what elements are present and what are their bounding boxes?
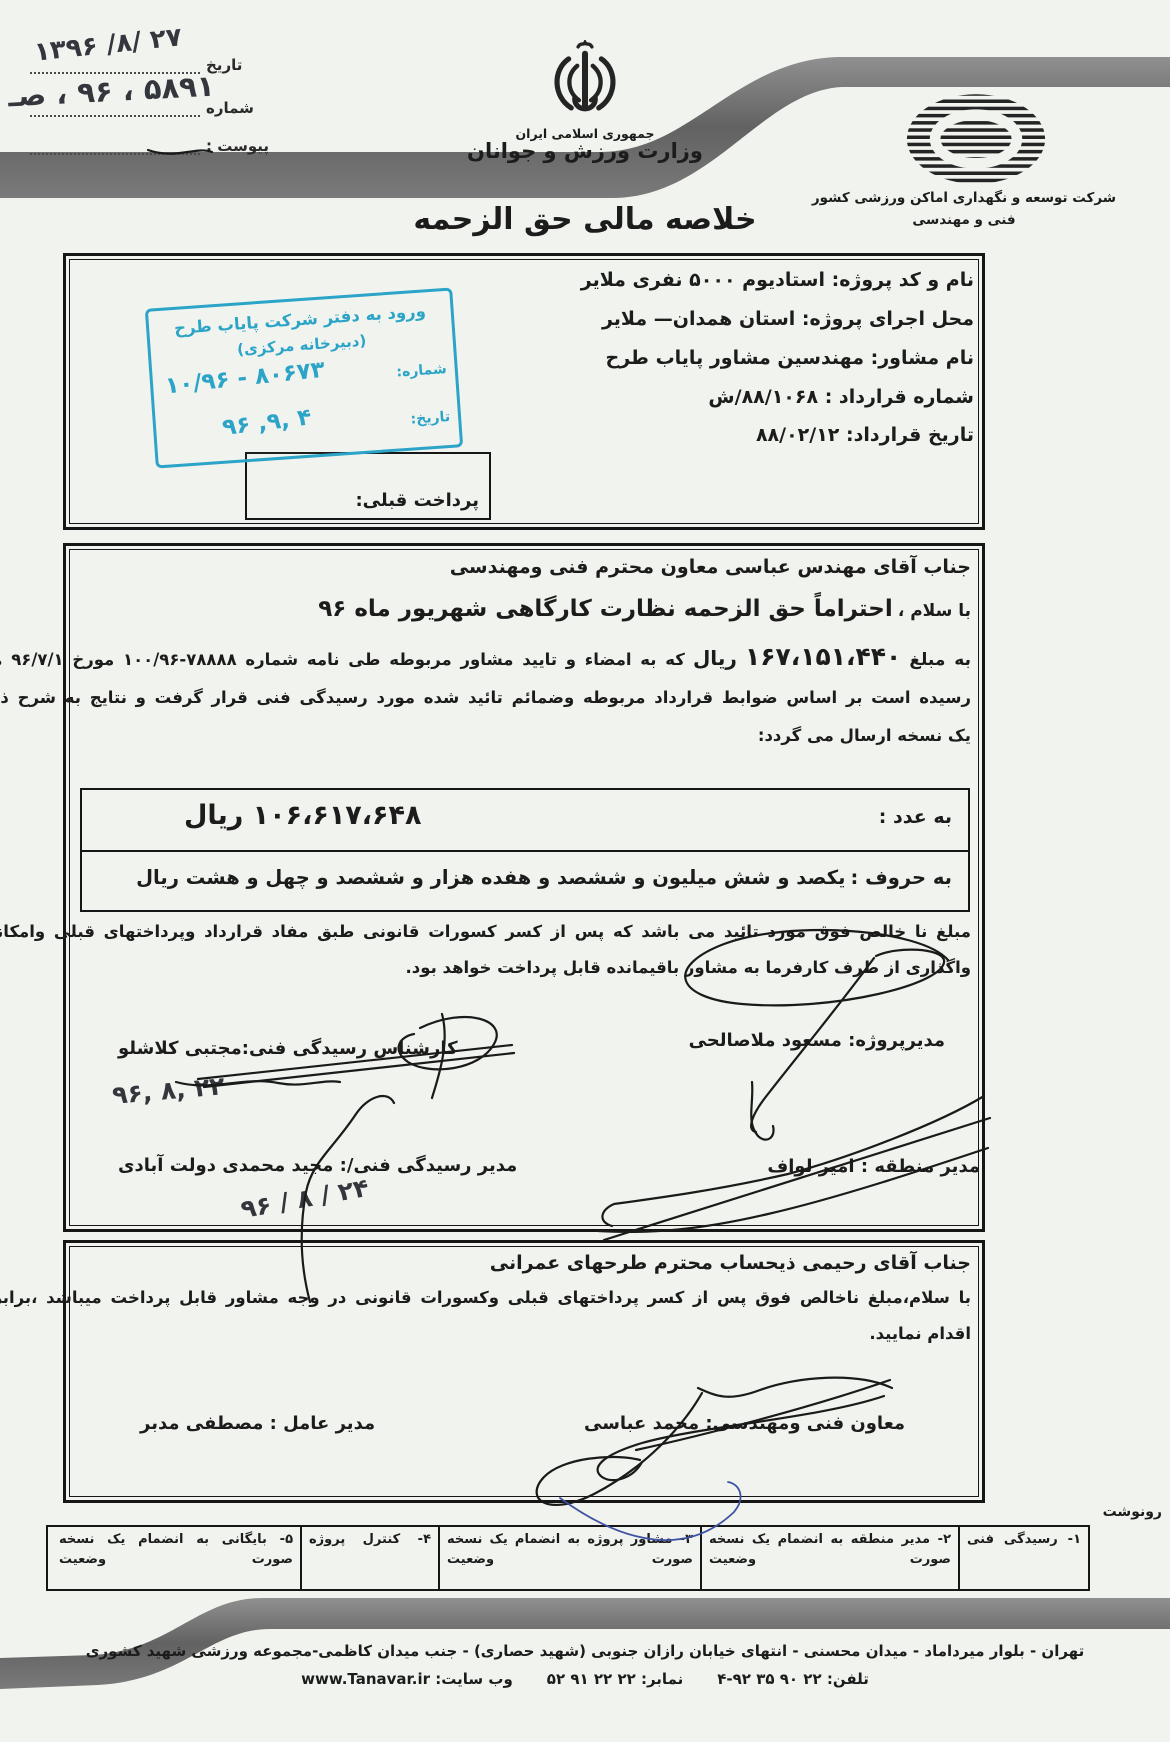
payment-body-line1: با سلام،مبلغ ناخالص فوق پس از کسر پرداخت… — [0, 1288, 971, 1307]
national-emblem-icon — [541, 40, 629, 126]
body1-rest: که به امضاء و تایید مشاور مربوطه طی نامه… — [0, 650, 685, 669]
subject-text: احتراماً حق الزحمه نظارت کارگاهی شهریور … — [318, 596, 893, 622]
project-location-row: محل اجرای پروژه: استان همدان— ملایر — [602, 308, 974, 330]
expert-signature-label: کارشناس رسیدگی فنی:مجتبی کلاشلو — [118, 1038, 458, 1059]
contract-date-row: تاریخ قرارداد: ۸۸/۰۲/۱۲ — [756, 424, 974, 446]
requested-amount: ۱۶۷،۱۵۱،۴۴۰ — [745, 642, 901, 671]
footer-fax: نمابر: ۲۲ ۲۲ ۹۱ ۵۲ — [547, 1670, 683, 1688]
company-logo-icon — [903, 90, 1049, 188]
cc-item-region-manager: ۲- مدیر منطقه به انضمام یک نسخه صورت وضع… — [700, 1527, 958, 1589]
project-name-row: نام و کد پروژه: استادیوم ۵۰۰۰ نفری ملایر — [581, 269, 974, 291]
footer-website-row: وب سایت: www.Tanavar.ir — [301, 1670, 513, 1688]
stamp-date-value: ۹۶ ,۹, ۴ — [221, 404, 313, 441]
footer-contacts: تلفن: ۲۲ ۹۰ ۳۵ ۹۲-۴ نمابر: ۲۲ ۲۲ ۹۱ ۵۲ و… — [0, 1670, 1170, 1688]
review-note-line1: مبلغ نا خالص فوق مورد تائید می باشد که پ… — [0, 922, 971, 941]
footer-address: تهران - بلوار میرداماد - میدان محسنی - ا… — [0, 1642, 1170, 1660]
words-amount-label: به حروف : — [851, 866, 952, 889]
letterhead-attachment-row: پیوست : — [30, 137, 269, 155]
review-body-line2: رسیده است بر اساس ضوابط قرارداد مربوطه و… — [0, 688, 971, 707]
entry-stamp: ورود به دفتر شرکت پایاب طرح (دبیرخانه مر… — [145, 287, 463, 468]
contract-number-row: شماره قرارداد : ۸۸/۱۰۶۸/ش — [708, 386, 974, 408]
cc-item-archive: ۵- بایگانی به انضمام یک نسخه صورت وضعیت — [52, 1527, 300, 1589]
page-title: خلاصه مالی حق الزحمه — [0, 202, 1170, 237]
attachment-dotted-line — [30, 140, 200, 155]
numeric-amount-label: به عدد : — [879, 806, 952, 828]
stamp-number-label: شماره: — [396, 361, 447, 380]
amount-box-separator — [82, 850, 968, 852]
review-manager-signature-label: مدیر رسیدگی فنی/: مجید محمدی دولت آبادی — [118, 1155, 517, 1176]
ceo-signature-label: مدیر عامل : مصطفی مدبر — [140, 1413, 375, 1434]
cc-item-technical-review: ۱- رسیدگی فنی — [958, 1527, 1088, 1589]
payment-body-line2: اقدام نمایید. — [869, 1324, 971, 1343]
amount-box: به عدد : ۱۰۶،۶۱۷،۶۴۸ ریال به حروف : یکصد… — [80, 788, 970, 912]
words-amount-row: به حروف : یکصد و شش میلیون و ششصد و هفده… — [136, 866, 952, 889]
consultant-name-row: نام مشاور: مهندسین مشاور پایاب طرح — [606, 347, 974, 369]
amount-prefix: به مبلغ — [909, 650, 971, 670]
region-manager-signature-label: مدیر منطقه : امیر لواف — [767, 1156, 980, 1177]
cc-item-project-control: ۴- کنترل پروژه — [300, 1527, 438, 1589]
scanned-document-page: تاریخ شماره پیوست : ۱۳۹۶ /۸/ ۲۷ ۵۸۹۱ ، ۹… — [0, 0, 1170, 1742]
project-manager-signature-label: مدیرپروژه: مسعود ملاصالحی — [689, 1030, 945, 1051]
payment-salutation: جناب آقای رحیمی ذیحساب محترم طرحهای عمرا… — [490, 1252, 971, 1274]
review-note-line2: واگذاری از طرف کارفرما به مشاور باقیماند… — [406, 958, 971, 977]
review-body-line3: یک نسخه ارسال می گردد: — [758, 726, 971, 745]
numeric-amount-value: ۱۰۶،۶۱۷،۶۴۸ ریال — [184, 800, 422, 831]
ministry-line: وزارت ورزش و جوانان — [435, 139, 735, 163]
footer-phone: تلفن: ۲۲ ۹۰ ۳۵ ۹۲-۴ — [717, 1670, 869, 1688]
payment-box — [63, 1240, 985, 1503]
footer-website-url: www.Tanavar.ir — [301, 1670, 430, 1688]
attachment-label: پیوست : — [206, 137, 269, 155]
amount-unit: ریال — [693, 646, 737, 670]
stamp-number-value: ۸۰۶۷۳ - ۱۰/۹۶ — [164, 357, 326, 400]
cc-item-consultant: ۳- مشاور پروژه به انضمام یک نسخه صورت وض… — [438, 1527, 700, 1589]
review-subject-line: با سلام ، احتراماً حق الزحمه نظارت کارگا… — [318, 596, 971, 622]
previous-payment-box: پرداخت قبلی: — [245, 452, 491, 520]
words-amount-value: یکصد و شش میلیون و ششصد و هفده هزار و شش… — [136, 866, 845, 889]
footer-website-label: وب سایت: — [435, 1670, 513, 1688]
review-salutation: جناب آقای مهندس عباسی معاون محترم فنی وم… — [450, 556, 971, 578]
deputy-signature-label: معاون فنی ومهندسی: محمد عباسی — [584, 1413, 905, 1434]
greeting-text: با سلام ، — [898, 601, 971, 621]
review-body-line1: به مبلغ ۱۶۷،۱۵۱،۴۴۰ ریال که به امضاء و ت… — [0, 642, 971, 671]
cc-label: رونوشت — [1103, 1504, 1162, 1520]
stamp-date-label: تاریخ: — [410, 409, 451, 428]
cc-table: ۱- رسیدگی فنی ۲- مدیر منطقه به انضمام یک… — [46, 1525, 1090, 1591]
previous-payment-label: پرداخت قبلی: — [355, 490, 479, 511]
